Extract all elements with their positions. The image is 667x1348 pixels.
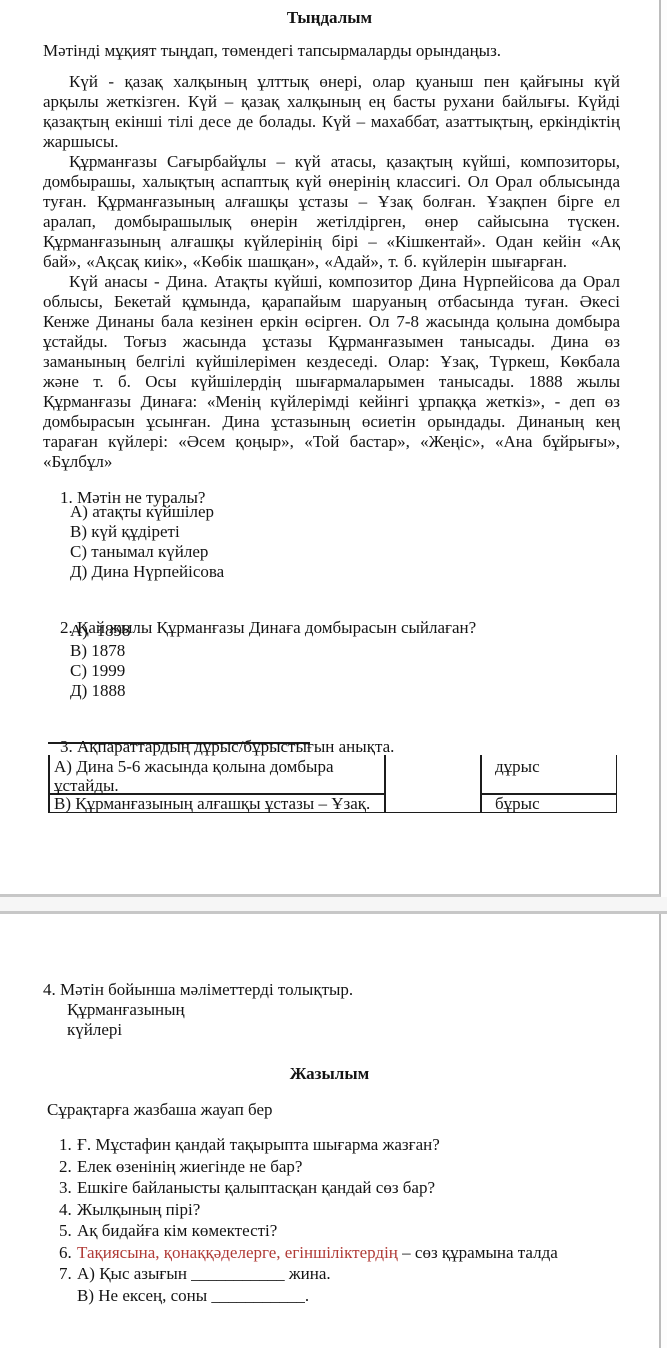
option-a: А) 1898	[70, 621, 130, 641]
question-4-line-2: күйлері	[67, 1020, 353, 1040]
table-top-border	[48, 742, 310, 744]
page-2: 4.Мәтін бойынша мәліметтерді толықтыр. Қ…	[0, 914, 661, 1348]
task-number: 7.	[59, 1263, 72, 1285]
option-c: С) танымал күйлер	[70, 542, 224, 562]
task-number: 3.	[59, 1177, 72, 1199]
true-false-table: А) Дина 5-6 жасында қолына домбыра ұстай…	[48, 742, 617, 814]
table-answer-cell: дұрыс	[495, 757, 540, 776]
question-4: 4.Мәтін бойынша мәліметтерді толықтыр. Қ…	[43, 980, 353, 1040]
task-number: 4.	[59, 1199, 72, 1221]
intro-instruction: Мәтінді мұқият тыңдап, төмендегі тапсырм…	[43, 41, 501, 61]
writing-section-title: Жазылым	[0, 1064, 659, 1084]
question-1-options: А) атақты күйшілер В) күй құдіреті С) та…	[70, 502, 224, 582]
question-2-text: Қай жылы Құрманғазы Динаға домбырасын сы…	[77, 618, 476, 637]
task-red-phrase: Тақиясына, қонаққәделерге, егіншіліктерд…	[77, 1243, 398, 1262]
task-text: Ғ. Мұстафин қандай тақырыпта шығарма жаз…	[77, 1135, 440, 1154]
task-row: 5.Ақ бидайға кім көмектесті?	[59, 1220, 619, 1242]
page-break-gap	[0, 897, 667, 914]
task-row: 3.Ешкіге байланысты қалыптасқан қандай с…	[59, 1177, 619, 1199]
task-row: В) Не ексең, соны ___________.	[59, 1285, 619, 1307]
task-number: 2.	[59, 1156, 72, 1178]
option-b: В) 1878	[70, 641, 130, 661]
reading-text: Күй - қазақ халқының ұлттық өнері, олар …	[43, 72, 620, 472]
question-4-text: Мәтін бойынша мәліметтерді толықтыр.	[60, 980, 353, 999]
task-row: 2.Елек өзенінің жиегінде не бар?	[59, 1156, 619, 1178]
table-left-border	[48, 755, 50, 812]
task-number: 6.	[59, 1242, 72, 1264]
paragraph-1: Күй - қазақ халқының ұлттық өнері, олар …	[43, 72, 620, 152]
table-right-border	[616, 755, 618, 812]
task-row: 4.Жылқының пірі?	[59, 1199, 619, 1221]
paragraph-3: Күй анасы - Дина. Атақты күйші, композит…	[43, 272, 620, 472]
task-row: 1.Ғ. Мұстафин қандай тақырыпта шығарма ж…	[59, 1134, 619, 1156]
task-row: 6.Тақиясына, қонаққәделерге, егіншілікте…	[59, 1242, 619, 1264]
option-d: Д) 1888	[70, 681, 130, 701]
paragraph-2: Құрманғазы Сағырбайұлы – күй атасы, қаза…	[43, 152, 620, 272]
task-number: 1.	[59, 1134, 72, 1156]
task-row: 7.А) Қыс азығын ___________ жина.	[59, 1263, 619, 1285]
option-c: С) 1999	[70, 661, 130, 681]
option-d: Д) Дина Нүрпейісова	[70, 562, 224, 582]
table-answer-cell: бұрыс	[495, 794, 540, 813]
table-statement-cell: В) Құрманғазының алғашқы ұстазы – Ұзақ.	[54, 794, 474, 813]
task-number: 5.	[59, 1220, 72, 1242]
question-2-options: А) 1898 В) 1878 С) 1999 Д) 1888	[70, 621, 130, 701]
question-4-line-1: Құрманғазының	[67, 1000, 353, 1020]
task-text-with-blank: В) Не ексең, соны ___________.	[77, 1286, 309, 1305]
writing-task-list: 1.Ғ. Мұстафин қандай тақырыпта шығарма ж…	[59, 1134, 619, 1306]
task-text: Ешкіге байланысты қалыптасқан қандай сөз…	[77, 1178, 435, 1197]
listening-section-title: Тыңдалым	[0, 8, 659, 28]
option-b: В) күй құдіреті	[70, 522, 224, 542]
option-a: А) атақты күйшілер	[70, 502, 224, 522]
table-column-divider-2	[480, 755, 482, 812]
question-4-number: 4.	[43, 980, 60, 1000]
table-statement-cell: А) Дина 5-6 жасында қолына домбыра ұстай…	[54, 757, 376, 795]
task-text-with-blank: А) Қыс азығын ___________ жина.	[77, 1264, 331, 1283]
task-text: Ақ бидайға кім көмектесті?	[77, 1221, 277, 1240]
task-text: – сөз құрамына талда	[398, 1243, 558, 1262]
page-1: Тыңдалым Мәтінді мұқият тыңдап, төмендег…	[0, 0, 661, 897]
task-text: Жылқының пірі?	[77, 1200, 200, 1219]
writing-instruction: Сұрақтарға жазбаша жауап бер	[47, 1100, 273, 1120]
task-text: Елек өзенінің жиегінде не бар?	[77, 1157, 302, 1176]
